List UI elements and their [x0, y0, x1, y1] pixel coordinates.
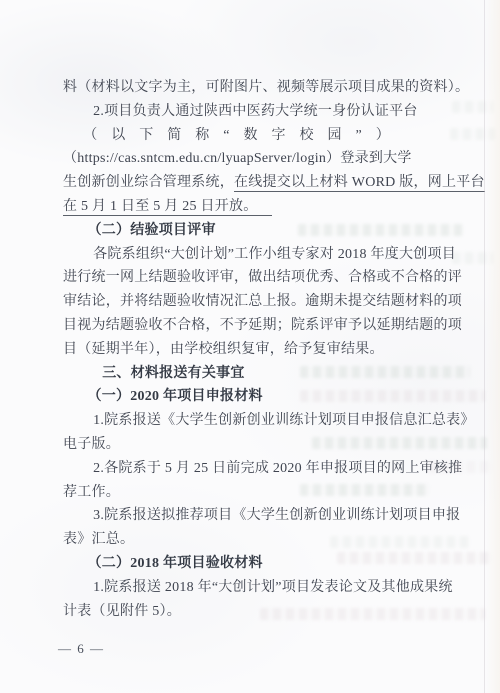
doc-line: 目视为结题验收不合格，不予延期；院系评审予以延期结题的项 — [63, 314, 464, 338]
section-heading: （二）2018 年项目验收材料 — [63, 552, 464, 576]
doc-line: （以下简称“数字校园”） — [63, 124, 464, 148]
doc-line: 2.项目负责人通过陕西中医药大学统一身份认证平台 — [63, 100, 464, 124]
underlined-text: 在线提交以上材料 WORD 版，网上平台 — [234, 175, 485, 192]
scanned-page: 料（材料以文字为主，可附图片、视频等展示项目成果的资料）。 2.项目负责人通过陕… — [0, 0, 500, 693]
doc-line: 计表（见附件 5）。 — [63, 600, 464, 624]
document-body: 料（材料以文字为主，可附图片、视频等展示项目成果的资料）。 2.项目负责人通过陕… — [63, 76, 464, 623]
doc-line: 2.各院系于 5 月 25 日前完成 2020 年申报项目的网上审核推 — [63, 457, 464, 481]
section-heading: 三、材料报送有关事宜 — [63, 362, 464, 386]
doc-line: 在 5 月 1 日至 5 月 25 日开放。 — [63, 195, 464, 219]
doc-line: 1.院系报送 2018 年“大创计划”项目发表论文及其他成果统 — [63, 576, 464, 600]
doc-line: 审结论，并将结题验收情况汇总上报。逾期未提交结题材料的项 — [63, 290, 464, 314]
doc-line: 荐工作。 — [63, 481, 464, 505]
section-heading: （二）结验项目评审 — [63, 219, 464, 243]
doc-line: 3.院系报送拟推荐项目《大学生创新创业训练计划项目申报 — [63, 504, 464, 528]
doc-line: 目（延期半年），由学校组织复审，给予复审结果。 — [63, 338, 464, 362]
doc-line: 各院系组织“大创计划”工作小组专家对 2018 年度大创项目 — [63, 243, 464, 267]
doc-line: （https://cas.sntcm.edu.cn/lyuapServer/lo… — [63, 147, 464, 171]
scan-edge-shading — [486, 0, 500, 693]
page-number: — 6 — — [58, 641, 105, 657]
scan-edge-line — [484, 0, 485, 693]
doc-line: 1.院系报送《大学生创新创业训练计划项目申报信息汇总表》 — [63, 409, 464, 433]
section-heading: （一）2020 年项目申报材料 — [63, 385, 464, 409]
doc-line: 进行统一网上结题验收评审，做出结项优秀、合格或不合格的评 — [63, 266, 464, 290]
doc-line: 表》汇总。 — [63, 528, 464, 552]
doc-line: 料（材料以文字为主，可附图片、视频等展示项目成果的资料）。 — [63, 76, 464, 100]
underlined-text: 在 5 月 1 日至 5 月 25 日开放。 — [63, 199, 272, 216]
doc-line: 生创新创业综合管理系统，在线提交以上材料 WORD 版，网上平台 — [63, 171, 464, 195]
doc-text: 生创新创业综合管理系统， — [63, 175, 234, 190]
doc-line: 电子版。 — [63, 433, 464, 457]
